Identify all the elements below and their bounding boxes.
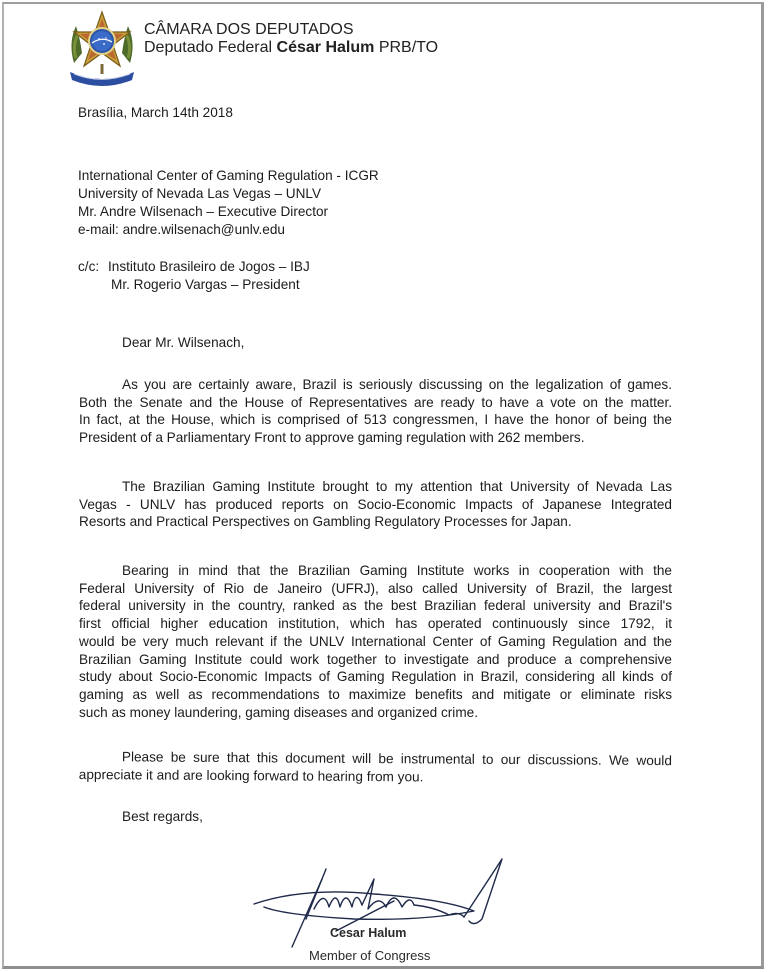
body-paragraph: The Brazilian Gaming Institute brought t… xyxy=(79,478,672,531)
role-prefix: Deputado Federal xyxy=(144,39,272,56)
handwritten-signature-icon xyxy=(244,849,514,959)
paragraph-line: gaming as well as recommendations to max… xyxy=(79,686,672,704)
recipient-line: Mr. Andre Wilsenach – Executive Director xyxy=(78,203,328,221)
recipient-email: e-mail: andre.wilsenach@unlv.edu xyxy=(78,221,285,239)
salutation: Dear Mr. Wilsenach, xyxy=(122,334,244,352)
paragraph-line: Vegas - UNLV has produced reports on Soc… xyxy=(79,496,672,514)
closing: Best regards, xyxy=(122,808,203,826)
paragraph-line: Both the Senate and the House of Represe… xyxy=(79,394,672,412)
recipient-line: International Center of Gaming Regulatio… xyxy=(78,167,379,185)
paragraph-line: Federal University of Rio de Janeiro (UF… xyxy=(79,580,672,598)
paragraph-line: first official higher education institut… xyxy=(79,615,672,633)
letterhead: CÂMARA DOS DEPUTADOS Deputado Federal Cé… xyxy=(64,8,484,88)
cc-line: Mr. Rogerio Vargas – President xyxy=(111,276,300,294)
letter-page: CÂMARA DOS DEPUTADOS Deputado Federal Cé… xyxy=(2,2,764,969)
party: PRB/TO xyxy=(379,39,438,56)
body-paragraph: Bearing in mind that the Brazilian Gamin… xyxy=(79,562,672,721)
paragraph-line: In fact, at the House, which is comprise… xyxy=(79,411,672,429)
deputy-line: Deputado Federal César Halum PRB/TO xyxy=(144,39,438,57)
body-paragraph: As you are certainly aware, Brazil is se… xyxy=(79,376,672,447)
recipient-line: University of Nevada Las Vegas – UNLV xyxy=(78,185,321,203)
paragraph-line: President of a Parliamentary Front to ap… xyxy=(79,429,672,447)
deputy-name: César Halum xyxy=(277,39,375,56)
paragraph-line: federal university in the country, ranke… xyxy=(79,597,672,615)
paragraph-line: Brazilian Gaming Institute could work to… xyxy=(79,651,672,669)
institution-name: CÂMARA DOS DEPUTADOS xyxy=(144,21,438,39)
cc-line: Instituto Brasileiro de Jogos – IBJ xyxy=(108,258,310,276)
paragraph-line: Resorts and Practical Perspectives on Ga… xyxy=(79,513,672,531)
cc-label: c/c: xyxy=(78,258,99,276)
paragraph-line: such as money laundering, gaming disease… xyxy=(79,704,672,722)
brazil-coat-of-arms-icon xyxy=(64,8,140,88)
paragraph-line: As you are certainly aware, Brazil is se… xyxy=(79,376,672,394)
paragraph-line: would be very much relevant if the UNLV … xyxy=(79,633,672,651)
date-line: Brasília, March 14th 2018 xyxy=(78,104,233,122)
letterhead-text: CÂMARA DOS DEPUTADOS Deputado Federal Cé… xyxy=(144,21,438,57)
signatory-title: Member of Congress xyxy=(309,948,430,963)
signatory-name: Cesar Halum xyxy=(330,926,406,940)
paragraph-line: Bearing in mind that the Brazilian Gamin… xyxy=(79,562,672,580)
paragraph-line: study about Socio-Economic Impacts of Ga… xyxy=(79,668,672,686)
paragraph-line: The Brazilian Gaming Institute brought t… xyxy=(79,478,672,496)
body-paragraph: Please be sure that this document will b… xyxy=(79,748,672,788)
